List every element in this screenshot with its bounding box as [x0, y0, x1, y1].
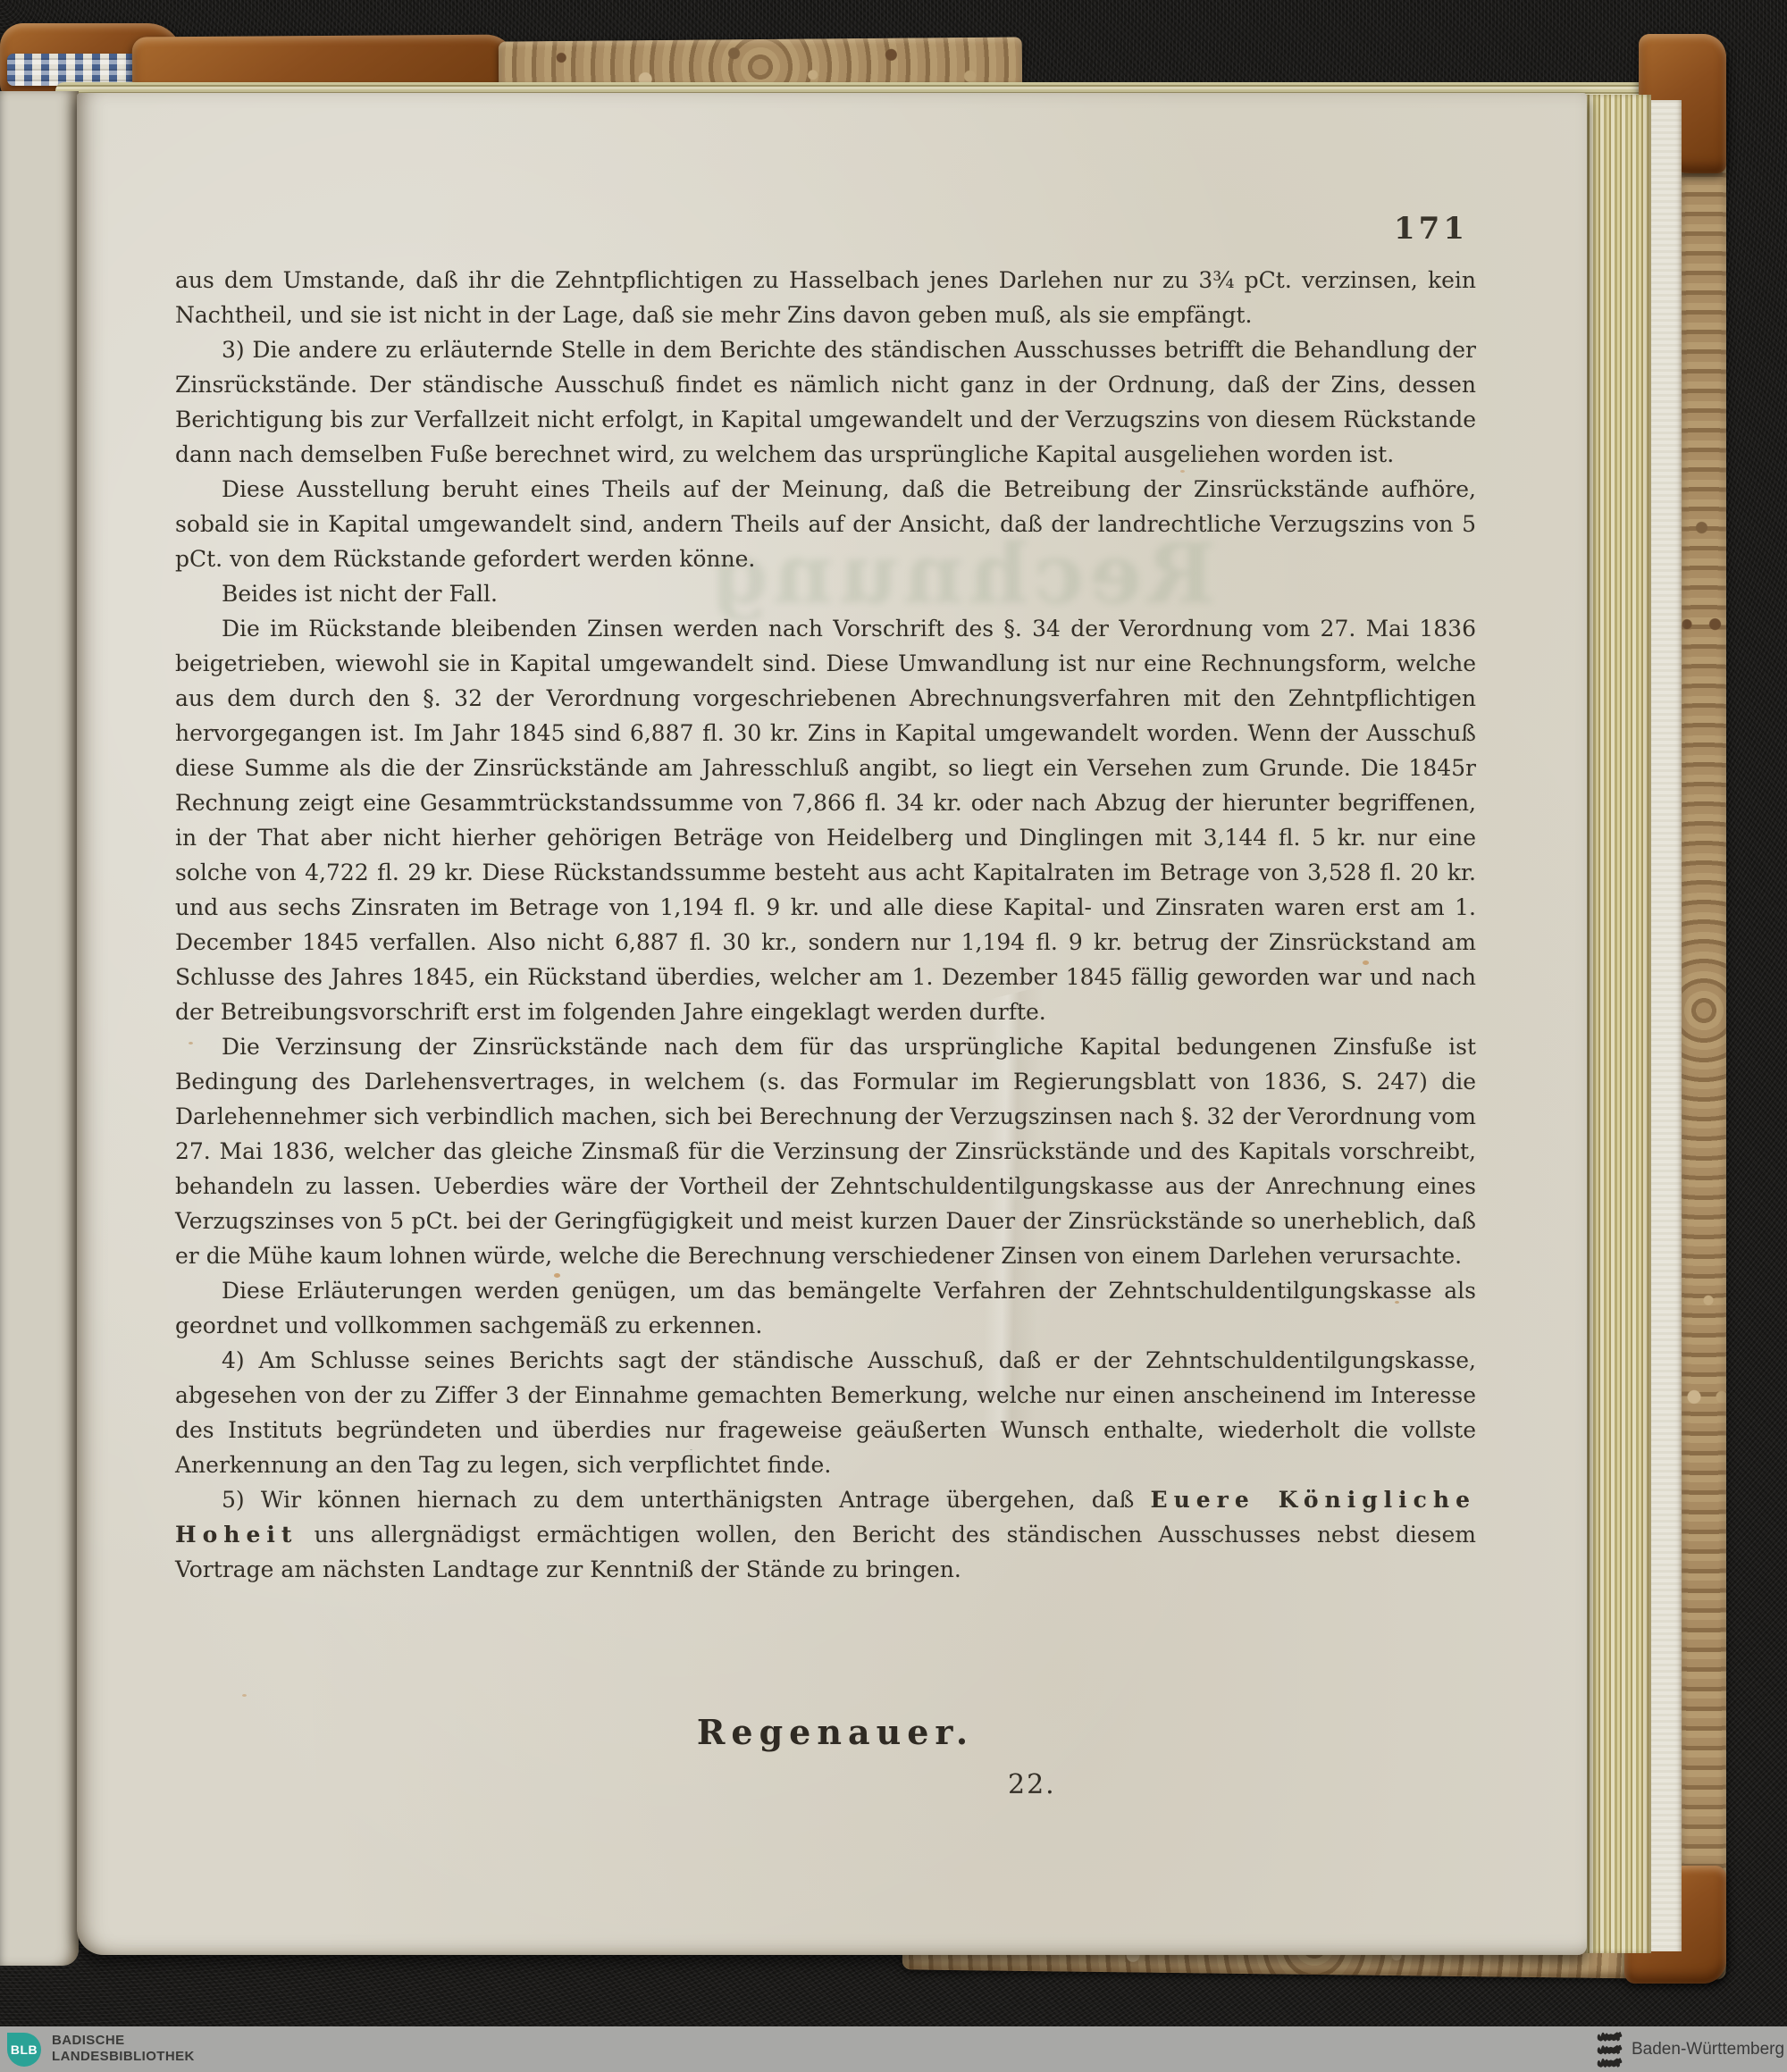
paragraph: Diese Erläuterungen werden genügen, um d… — [175, 1273, 1476, 1343]
sheet-number: 22. — [1008, 1769, 1056, 1800]
library-footer-bar: BLB BADISCHE LANDESBIBLIOTHEK Baden-Würt… — [0, 2026, 1787, 2072]
fanned-page-edges-right — [1585, 95, 1651, 1953]
signature-name: Regenauer. — [625, 1712, 1045, 1752]
paragraph-text: Die Verzinsung der Zinsrückstände nach d… — [175, 1034, 1476, 1269]
three-lions-icon — [1596, 2031, 1623, 2068]
paragraph-text: aus dem Umstande, daß ihr die Zehntpflic… — [175, 267, 1476, 328]
book-right-marbled-cover — [1682, 45, 1726, 1976]
paragraph-text: 4) Am Schlusse seines Berichts sagt der … — [175, 1347, 1476, 1478]
library-name-line1: BADISCHE — [52, 2033, 195, 2049]
library-name-line2: LANDESBIBLIOTHEK — [52, 2049, 195, 2065]
paragraph-text: Die im Rückstande bleibenden Zinsen werd… — [175, 616, 1476, 1025]
state-name: Baden-Württemberg — [1632, 2040, 1784, 2059]
paragraph-text: Diese Erläuterungen werden genügen, um d… — [175, 1278, 1476, 1338]
paragraph-text: 3) Die andere zu erläuternde Stelle in d… — [175, 337, 1476, 467]
state-branding: Baden-Württemberg — [1596, 2030, 1784, 2069]
digitized-book-viewer: Rechnung 171 aus dem Umstande, daß ihr d… — [0, 0, 1787, 2072]
paragraph-text: Beides ist nicht der Fall. — [222, 581, 498, 607]
page-text-body: aus dem Umstande, daß ihr die Zehntpflic… — [175, 263, 1476, 1587]
book-headband-checkered — [7, 54, 141, 86]
paragraph-text: 5) Wir können hiernach zu dem unterthäni… — [222, 1487, 1151, 1513]
previous-page-sliver — [0, 91, 79, 1966]
page-number: 171 — [1394, 211, 1501, 247]
paragraph-text: uns allergnädigst ermächtigen wollen, de… — [175, 1522, 1476, 1582]
paragraph-text: Diese Ausstellung beruht eines Theils au… — [175, 476, 1476, 572]
paragraph: 3) Die andere zu erläuternde Stelle in d… — [175, 332, 1476, 472]
paragraph: Diese Ausstellung beruht eines Theils au… — [175, 472, 1476, 576]
paragraph: Die Verzinsung der Zinsrückstände nach d… — [175, 1029, 1476, 1273]
library-name: BADISCHE LANDESBIBLIOTHEK — [52, 2033, 195, 2065]
outer-page-edge — [1651, 100, 1682, 1951]
blb-logo: BLB — [7, 2033, 41, 2067]
paragraph: Beides ist nicht der Fall. — [175, 576, 1476, 611]
paragraph: aus dem Umstande, daß ihr die Zehntpflic… — [175, 263, 1476, 332]
paragraph: Die im Rückstande bleibenden Zinsen werd… — [175, 611, 1476, 1029]
paragraph: 5) Wir können hiernach zu dem unterthäni… — [175, 1482, 1476, 1587]
blb-logo-text: BLB — [11, 2043, 38, 2057]
paragraph: 4) Am Schlusse seines Berichts sagt der … — [175, 1343, 1476, 1482]
